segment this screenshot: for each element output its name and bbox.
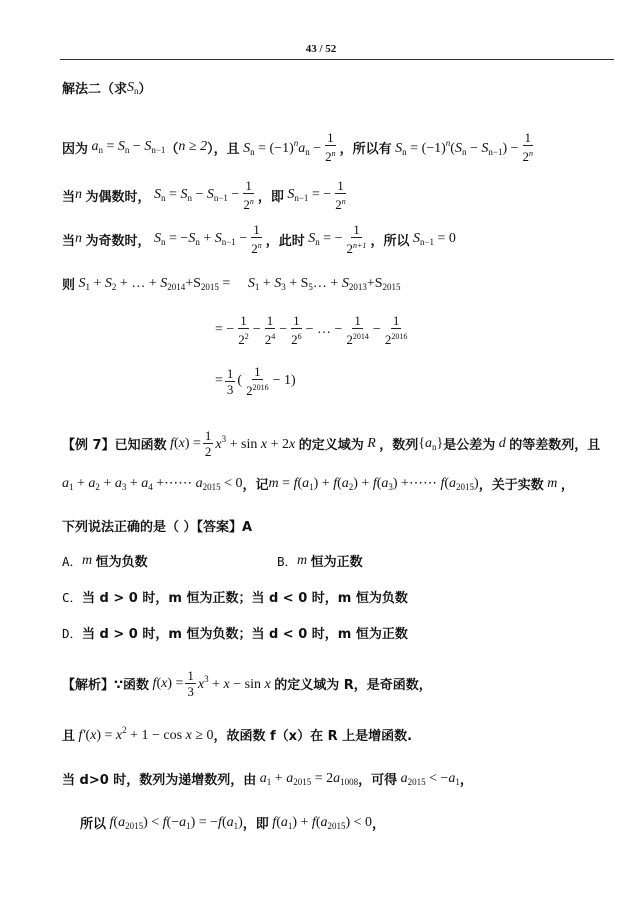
option-a: A． m 恒为负数 — [62, 551, 148, 570]
example-7-condition: a1 + a2 + a3 + a4 +⋯⋯ a2015 < 0 ，记 m = f… — [62, 474, 574, 493]
sum-expansion-line: = − 122 − 124 − 126 − … − 122014 − 12201… — [215, 313, 411, 347]
example-7-statement: 【例 7】已知函数 f(x) = 12 x3 + sin x + 2x 的定义域… — [62, 428, 600, 459]
analysis-line-3: 当 d>0 时，数列为递增数列，由 a1 + a2015 = 2a1008 ，可… — [62, 769, 473, 788]
question-prompt: 下列说法正确的是（ ）【答案】A — [62, 516, 252, 535]
odd-case-line: 当 n 为奇数时， Sn = −Sn + Sn−1 − 12n ，此时 Sn =… — [62, 222, 456, 256]
sum-line: 则 S1 + S2 + … + S2014+S2015 = S1 + S3 + … — [62, 274, 401, 293]
sum-result-line: = 13 ( 122016 − 1) — [215, 364, 296, 398]
option-d: D． 当 d > 0 时，m 恒为负数；当 d < 0 时，m 恒为正数 — [62, 623, 408, 642]
analysis-line-1: 【解析】∵函数 f(x) = 13 x3 + x − sin x 的定义域为 R… — [62, 668, 432, 699]
formula-line-1: 因为 an = Sn − Sn−1 （ n ≥ 2 ），且 Sn = (−1)n… — [62, 130, 537, 164]
analysis-line-4: 所以 f(a2015) < f(−a1) = −f(a1) ，即 f(a1) +… — [80, 813, 385, 832]
even-case-line: 当 n 为偶数时， Sn = Sn − Sn−1 − 12n ，即 Sn−1 =… — [62, 178, 350, 212]
solution-heading: 解法二（求 Sn ） — [62, 78, 152, 97]
analysis-line-2: 且 f′(x) = x2 + 1 − cos x ≥ 0 ，故函数 f（x）在 … — [62, 725, 412, 744]
option-c: C． 当 d > 0 时，m 恒为正数；当 d < 0 时，m 恒为负数 — [62, 587, 408, 606]
header-rule — [60, 59, 614, 60]
option-b: B． m 恒为正数 — [277, 551, 363, 570]
page-number: 43 / 52 — [0, 43, 642, 55]
